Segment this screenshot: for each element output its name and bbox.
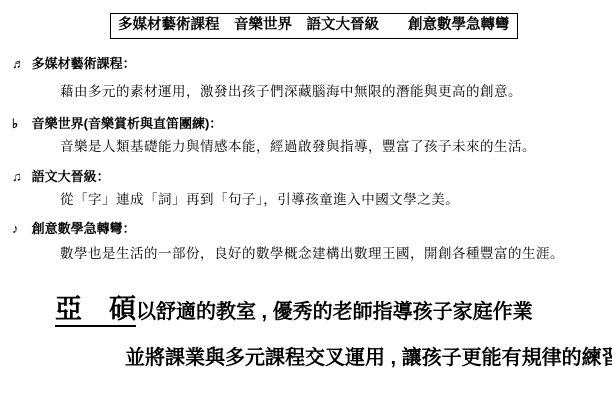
slogan-line1: 亞 碩以舒適的教室 , 優秀的老師指導孩子家庭作業 xyxy=(55,292,533,327)
sixteenth-note-icon: ♬ xyxy=(12,56,28,72)
section-heading-art: ♬ 多媒材藝術課程： xyxy=(12,56,136,72)
section-heading-label: 多媒材藝術課程： xyxy=(32,56,136,71)
section-heading-music: ♭ 音樂世界(音樂賞析與直笛團練)： xyxy=(12,116,222,132)
beamed-notes-icon: ♫ xyxy=(12,169,28,185)
course-list-title: 多媒材藝術課程 音樂世界 語文大晉級 創意數學急轉彎 xyxy=(118,17,510,33)
section-heading-label: 音樂世界(音樂賞析與直笛團練)： xyxy=(32,116,223,131)
slogan-line1-text: 以舒適的教室 , 優秀的老師指導孩子家庭作業 xyxy=(136,301,533,323)
section-heading-math: ♪ 創意數學急轉彎： xyxy=(12,221,136,237)
section-body-language: 從「字」連成「詞」再到「句子」，引導孩童進入中國文學之美。 xyxy=(60,192,459,209)
section-heading-label: 創意數學急轉彎： xyxy=(32,221,136,236)
slogan-line2: 並將課業與多元課程交叉運用 , 讓孩子更能有規律的練習 xyxy=(125,345,612,371)
section-body-art: 藉由多元的素材運用，激發出孩子們深藏腦海中無限的潛能與更高的創意。 xyxy=(60,84,522,101)
section-body-music: 音樂是人類基礎能力與情感本能，經過啟發與指導，豐富了孩子未來的生活。 xyxy=(60,139,536,156)
section-body-math: 數學也是生活的一部份，良好的數學概念建構出數理王國，開創各種豐富的生涯。 xyxy=(60,246,564,263)
section-heading-label: 語文大晉級： xyxy=(32,169,110,184)
course-list-header-box: 多媒材藝術課程 音樂世界 語文大晉級 創意數學急轉彎 xyxy=(110,13,518,39)
section-heading-language: ♫ 語文大晉級： xyxy=(12,169,110,185)
eighth-note-icon: ♪ xyxy=(12,221,28,237)
brand-name: 亞 碩 xyxy=(55,294,136,327)
document-page: 多媒材藝術課程 音樂世界 語文大晉級 創意數學急轉彎 ♬ 多媒材藝術課程： 藉由… xyxy=(0,0,612,395)
flat-sign-icon: ♭ xyxy=(12,116,28,132)
